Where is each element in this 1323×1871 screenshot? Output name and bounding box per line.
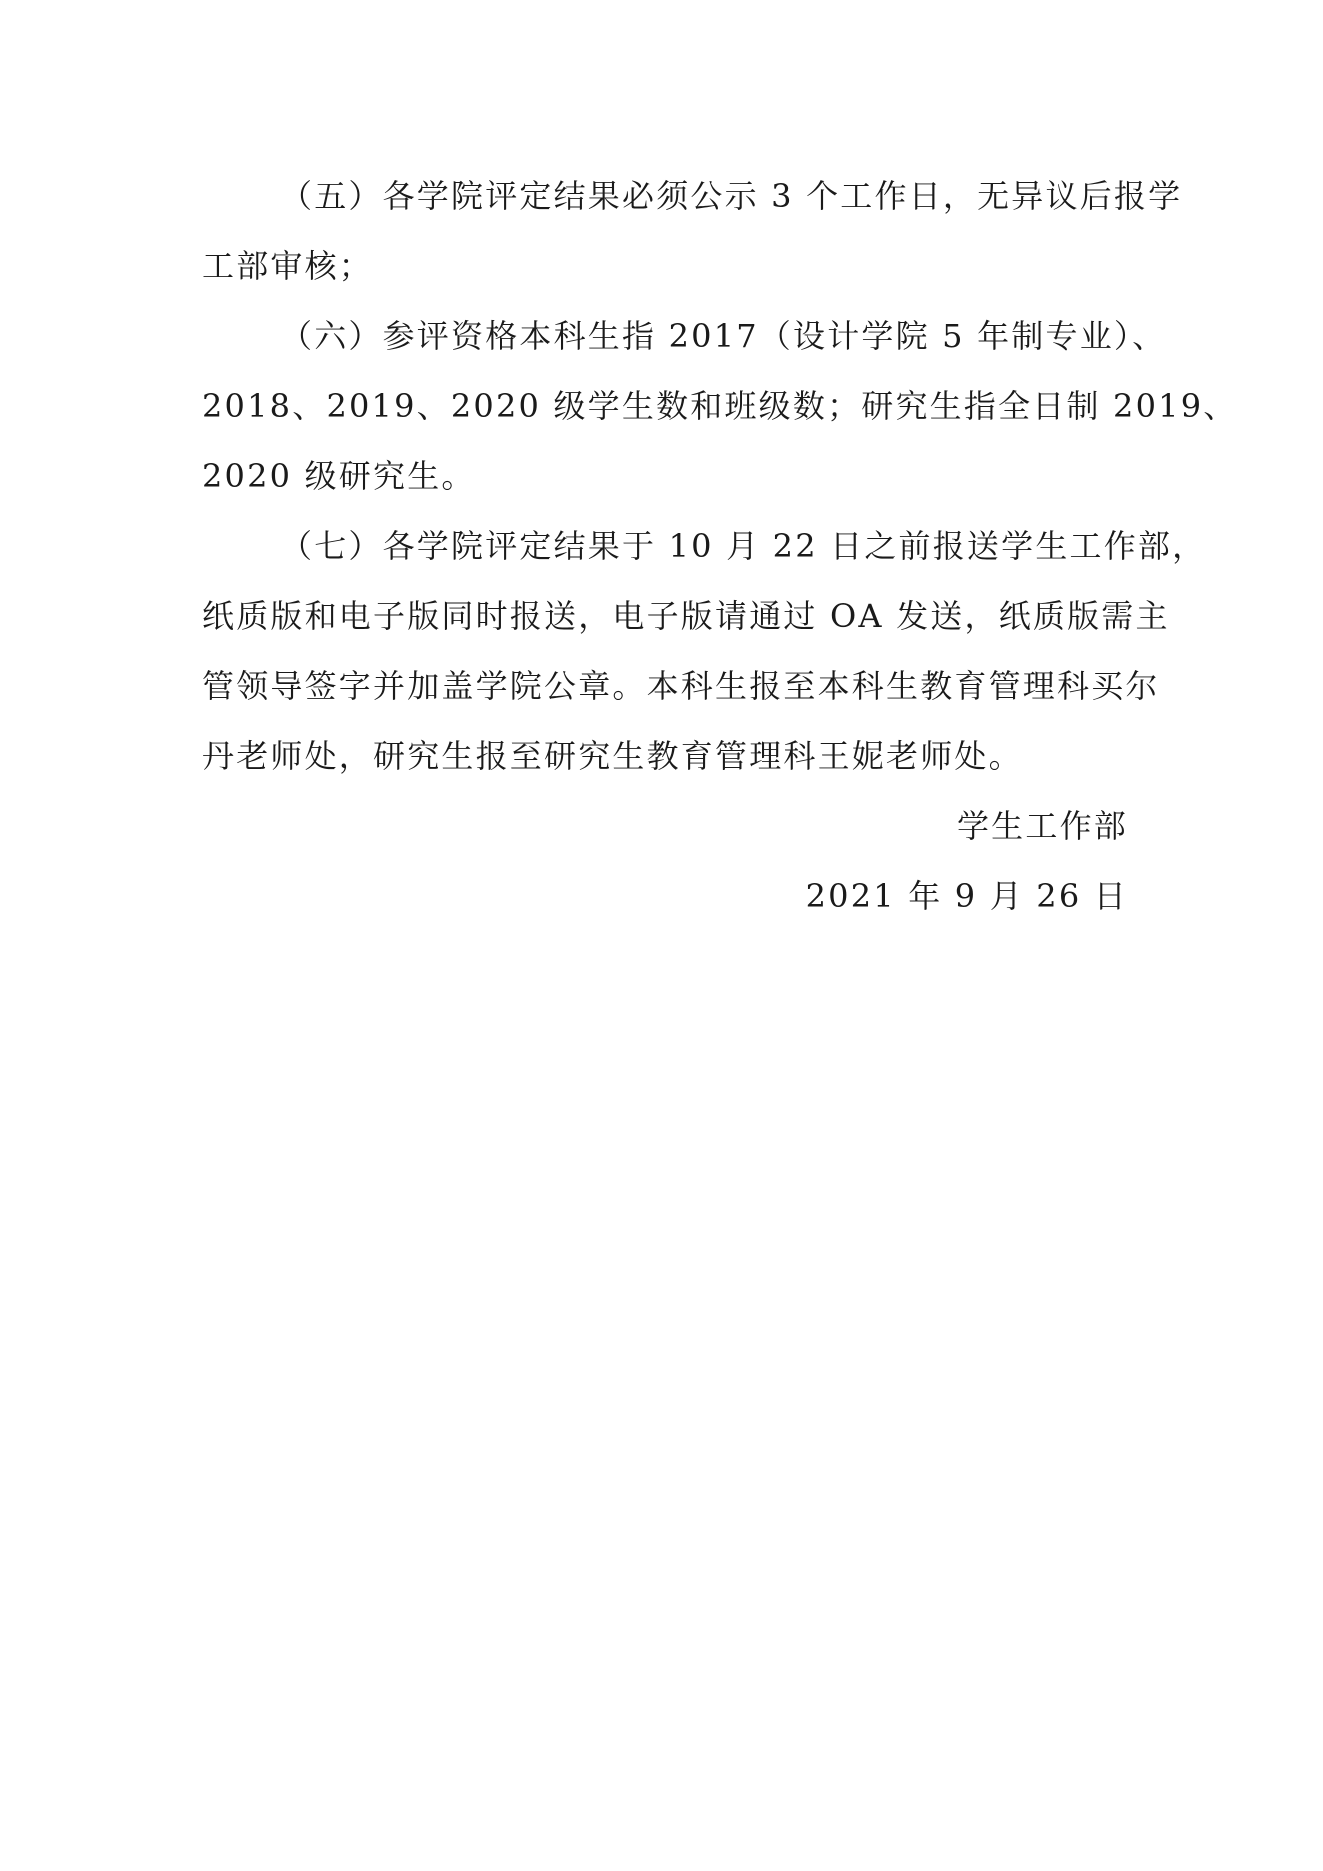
paragraph-7-line-2: 纸质版和电子版同时报送，电子版请通过 OA 发送，纸质版需主 — [202, 596, 1128, 636]
signature-department: 学生工作部 — [957, 806, 1128, 846]
paragraph-6-line-3: 2020 级研究生。 — [202, 456, 1128, 496]
document-page: （五）各学院评定结果必须公示 3 个工作日，无异议后报学 工部审核； （六）参评… — [0, 0, 1323, 1871]
paragraph-6-line-1: （六）参评资格本科生指 2017（设计学院 5 年制专业）、 — [280, 316, 1128, 356]
paragraph-6-line-2: 2018、2019、2020 级学生数和班级数；研究生指全日制 2019、 — [202, 386, 1128, 426]
paragraph-5-line-1: （五）各学院评定结果必须公示 3 个工作日，无异议后报学 — [280, 176, 1128, 216]
paragraph-7-line-4: 丹老师处，研究生报至研究生教育管理科王妮老师处。 — [202, 736, 1128, 776]
paragraph-5-line-2: 工部审核； — [202, 246, 1128, 286]
signature-date: 2021 年 9 月 26 日 — [806, 876, 1128, 916]
paragraph-7-line-3: 管领导签字并加盖学院公章。本科生报至本科生教育管理科买尔 — [202, 666, 1128, 706]
paragraph-7-line-1: （七）各学院评定结果于 10 月 22 日之前报送学生工作部， — [280, 526, 1128, 566]
